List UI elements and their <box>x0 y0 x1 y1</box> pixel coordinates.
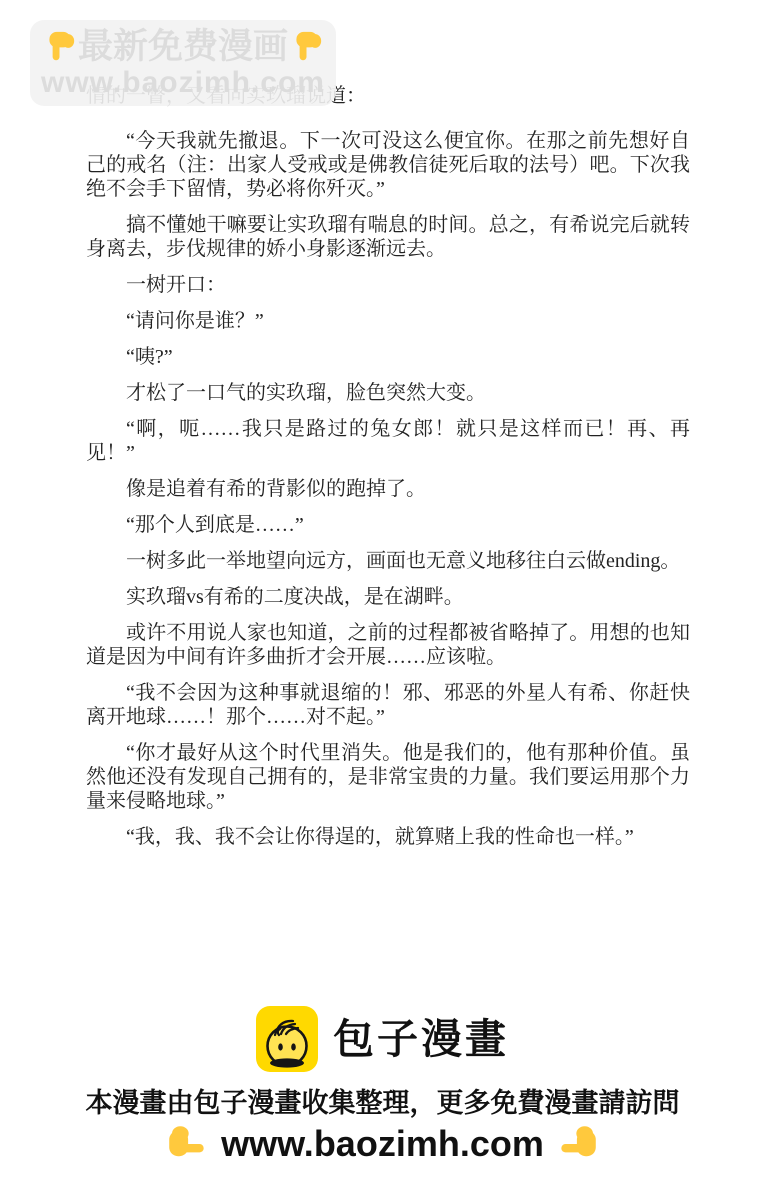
paragraph: “那个人到底是……” <box>86 513 690 537</box>
point-down-icon <box>290 30 323 63</box>
paragraph: “我不会因为这种事就退缩的！邪、邪恶的外星人有希、你赶快离开地球……！那个……对… <box>86 681 690 729</box>
novel-page: 最新免费漫画 www.baozimh.com 情的一瞥，又看向实玖瑠说道： “今… <box>0 0 765 1181</box>
baozi-logo-icon <box>256 1006 318 1072</box>
watermark-banner: 最新免费漫画 www.baozimh.com <box>30 20 336 106</box>
paragraph: 一树多此一举地望向远方，画面也无意义地移往白云做ending。 <box>86 549 690 573</box>
paragraph: 或许不用说人家也知道，之前的过程都被省略掉了。用想的也知道是因为中间有许多曲折才… <box>86 621 690 669</box>
watermark-site-url: www.baozimh.com <box>41 68 325 98</box>
paragraph: 一树开口： <box>86 273 690 297</box>
paragraph: 搞不懂她干嘛要让实玖瑠有喘息的时间。总之，有希说完后就转身离去，步伐规律的娇小身… <box>86 213 690 261</box>
footer-site-url: www.baozimh.com <box>221 1124 544 1164</box>
point-right-icon <box>167 1124 207 1164</box>
novel-text: 情的一瞥，又看向实玖瑠说道： “今天我就先撤退。下一次可没这么便宜你。在那之前先… <box>0 0 765 861</box>
point-left-icon <box>558 1124 598 1164</box>
footer: 包子漫畫 本漫畫由包子漫畫收集整理，更多免費漫畫請訪問 www.baozimh.… <box>0 1006 765 1164</box>
point-down-icon <box>43 30 76 63</box>
paragraph: “咦?” <box>86 345 690 369</box>
footer-url-row: www.baozimh.com <box>0 1124 765 1164</box>
footer-tagline: 本漫畫由包子漫畫收集整理，更多免費漫畫請訪問 <box>0 1089 765 1119</box>
watermark-banner-text: 最新免费漫画 <box>78 29 288 64</box>
paragraph: “请问你是谁？” <box>86 309 690 333</box>
paragraph: “你才最好从这个时代里消失。他是我们的，他有那种价值。虽然他还没有发现自己拥有的… <box>86 741 690 813</box>
paragraph: 像是追着有希的背影似的跑掉了。 <box>86 477 690 501</box>
paragraph: 才松了一口气的实玖瑠，脸色突然大变。 <box>86 381 690 405</box>
paragraph: “今天我就先撤退。下一次可没这么便宜你。在那之前先想好自己的戒名（注：出家人受戒… <box>86 129 690 201</box>
brand-name: 包子漫畫 <box>333 1019 509 1060</box>
paragraph: “我，我、我不会让你得逞的，就算赌上我的性命也一样。” <box>86 825 690 849</box>
brand-row: 包子漫畫 <box>0 1006 765 1072</box>
paragraph: 实玖瑠vs有希的二度决战，是在湖畔。 <box>86 585 690 609</box>
watermark-banner-line: 最新免费漫画 <box>43 29 323 64</box>
paragraph: “啊，呃……我只是路过的兔女郎！就只是这样而已！再、再见！” <box>86 417 690 465</box>
